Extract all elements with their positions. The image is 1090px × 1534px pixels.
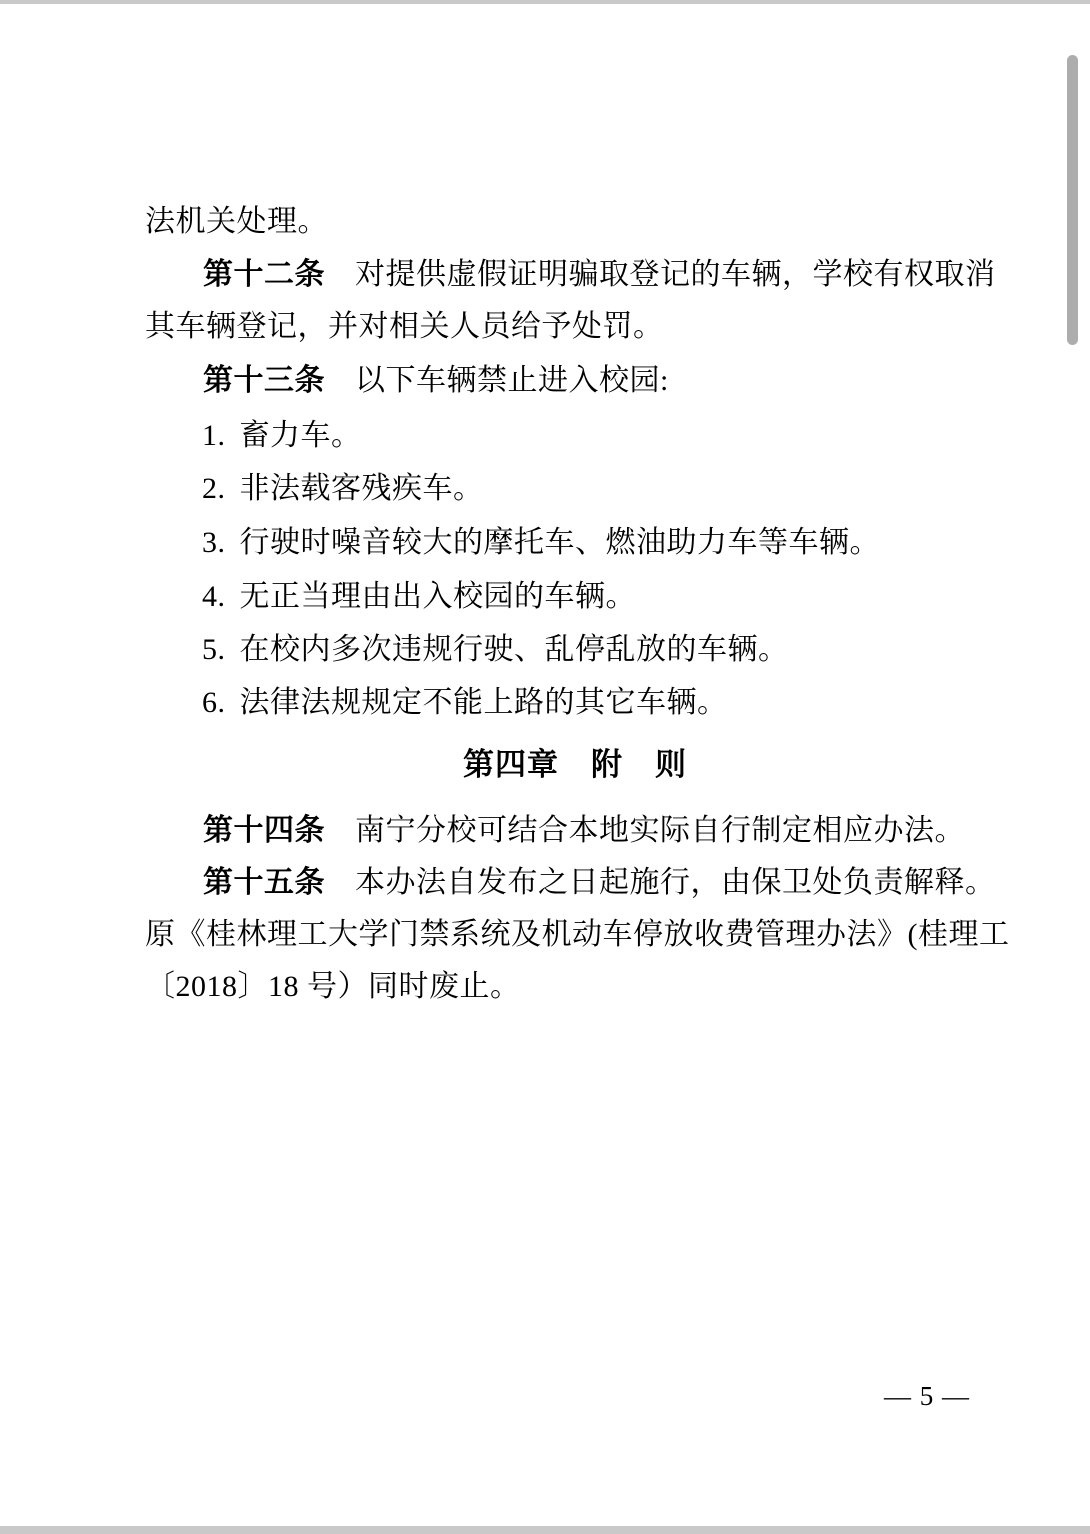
forbidden-list-item-4: 4.无正当理由出入校园的车辆。 <box>202 579 1005 615</box>
list-item-6-text: 法律法规规定不能上路的其它车辆。 <box>240 686 728 719</box>
article-14-line: 第十四条南宁分校可结合本地实际自行制定相应办法。 <box>145 813 1005 849</box>
document-viewer: 法机关处理。 第十二条对提供虚假证明骗取登记的车辆，学校有权取消 其车辆登记，并… <box>0 0 1090 1534</box>
article-13-text: 以下车辆禁止进入校园: <box>355 364 669 397</box>
list-item-3-number: 3. <box>202 526 226 559</box>
article-15-term: 第十五条 <box>203 866 325 899</box>
paragraph-continuation-line: 法机关处理。 <box>145 204 1005 240</box>
article-15-text: 本办法自发布之日起施行，由保卫处负责解释。 <box>355 866 996 899</box>
list-item-4-text: 无正当理由出入校园的车辆。 <box>240 580 637 613</box>
list-item-6-number: 6. <box>202 686 226 719</box>
article-14-text: 南宁分校可结合本地实际自行制定相应办法。 <box>355 814 965 847</box>
page-gap-top <box>0 0 1090 4</box>
forbidden-list-item-6: 6.法律法规规定不能上路的其它车辆。 <box>202 685 1005 721</box>
forbidden-list-item-1: 1.畜力车。 <box>202 418 1005 454</box>
list-item-2-number: 2. <box>202 472 226 505</box>
list-item-1-text: 畜力车。 <box>240 419 362 452</box>
page-number: — 5 — <box>884 1380 970 1412</box>
page-gap-bottom <box>0 1526 1090 1534</box>
article-12-line2: 其车辆登记，并对相关人员给予处罚。 <box>145 309 1005 345</box>
article-15-line2: 原《桂林理工大学门禁系统及机动车停放收费管理办法》(桂理工 <box>145 917 1005 953</box>
forbidden-list-item-2: 2.非法载客残疾车。 <box>202 471 1005 507</box>
article-14-term: 第十四条 <box>203 814 325 847</box>
forbidden-list-item-3: 3.行驶时噪音较大的摩托车、燃油助力车等车辆。 <box>202 525 1005 561</box>
list-item-3-text: 行驶时噪音较大的摩托车、燃油助力车等车辆。 <box>240 526 881 559</box>
article-12-term: 第十二条 <box>203 258 325 291</box>
list-item-1-number: 1. <box>202 419 226 452</box>
scrollbar-thumb[interactable] <box>1067 55 1078 345</box>
list-item-4-number: 4. <box>202 580 226 613</box>
article-15-line1: 第十五条本办法自发布之日起施行，由保卫处负责解释。 <box>145 865 1005 901</box>
article-13-term: 第十三条 <box>203 364 325 397</box>
article-15-line3: 〔2018〕18 号）同时废止。 <box>145 969 1005 1005</box>
chapter-4-heading: 第四章 附 则 <box>145 747 1005 783</box>
article-13-line: 第十三条以下车辆禁止进入校园: <box>145 363 1005 399</box>
list-item-5-number: 5. <box>202 633 226 666</box>
list-item-2-text: 非法载客残疾车。 <box>240 472 484 505</box>
forbidden-list-item-5: 5.在校内多次违规行驶、乱停乱放的车辆。 <box>202 632 1005 668</box>
article-12-text: 对提供虚假证明骗取登记的车辆，学校有权取消 <box>355 258 996 291</box>
article-12-line1: 第十二条对提供虚假证明骗取登记的车辆，学校有权取消 <box>145 257 1005 293</box>
list-item-5-text: 在校内多次违规行驶、乱停乱放的车辆。 <box>240 633 789 666</box>
